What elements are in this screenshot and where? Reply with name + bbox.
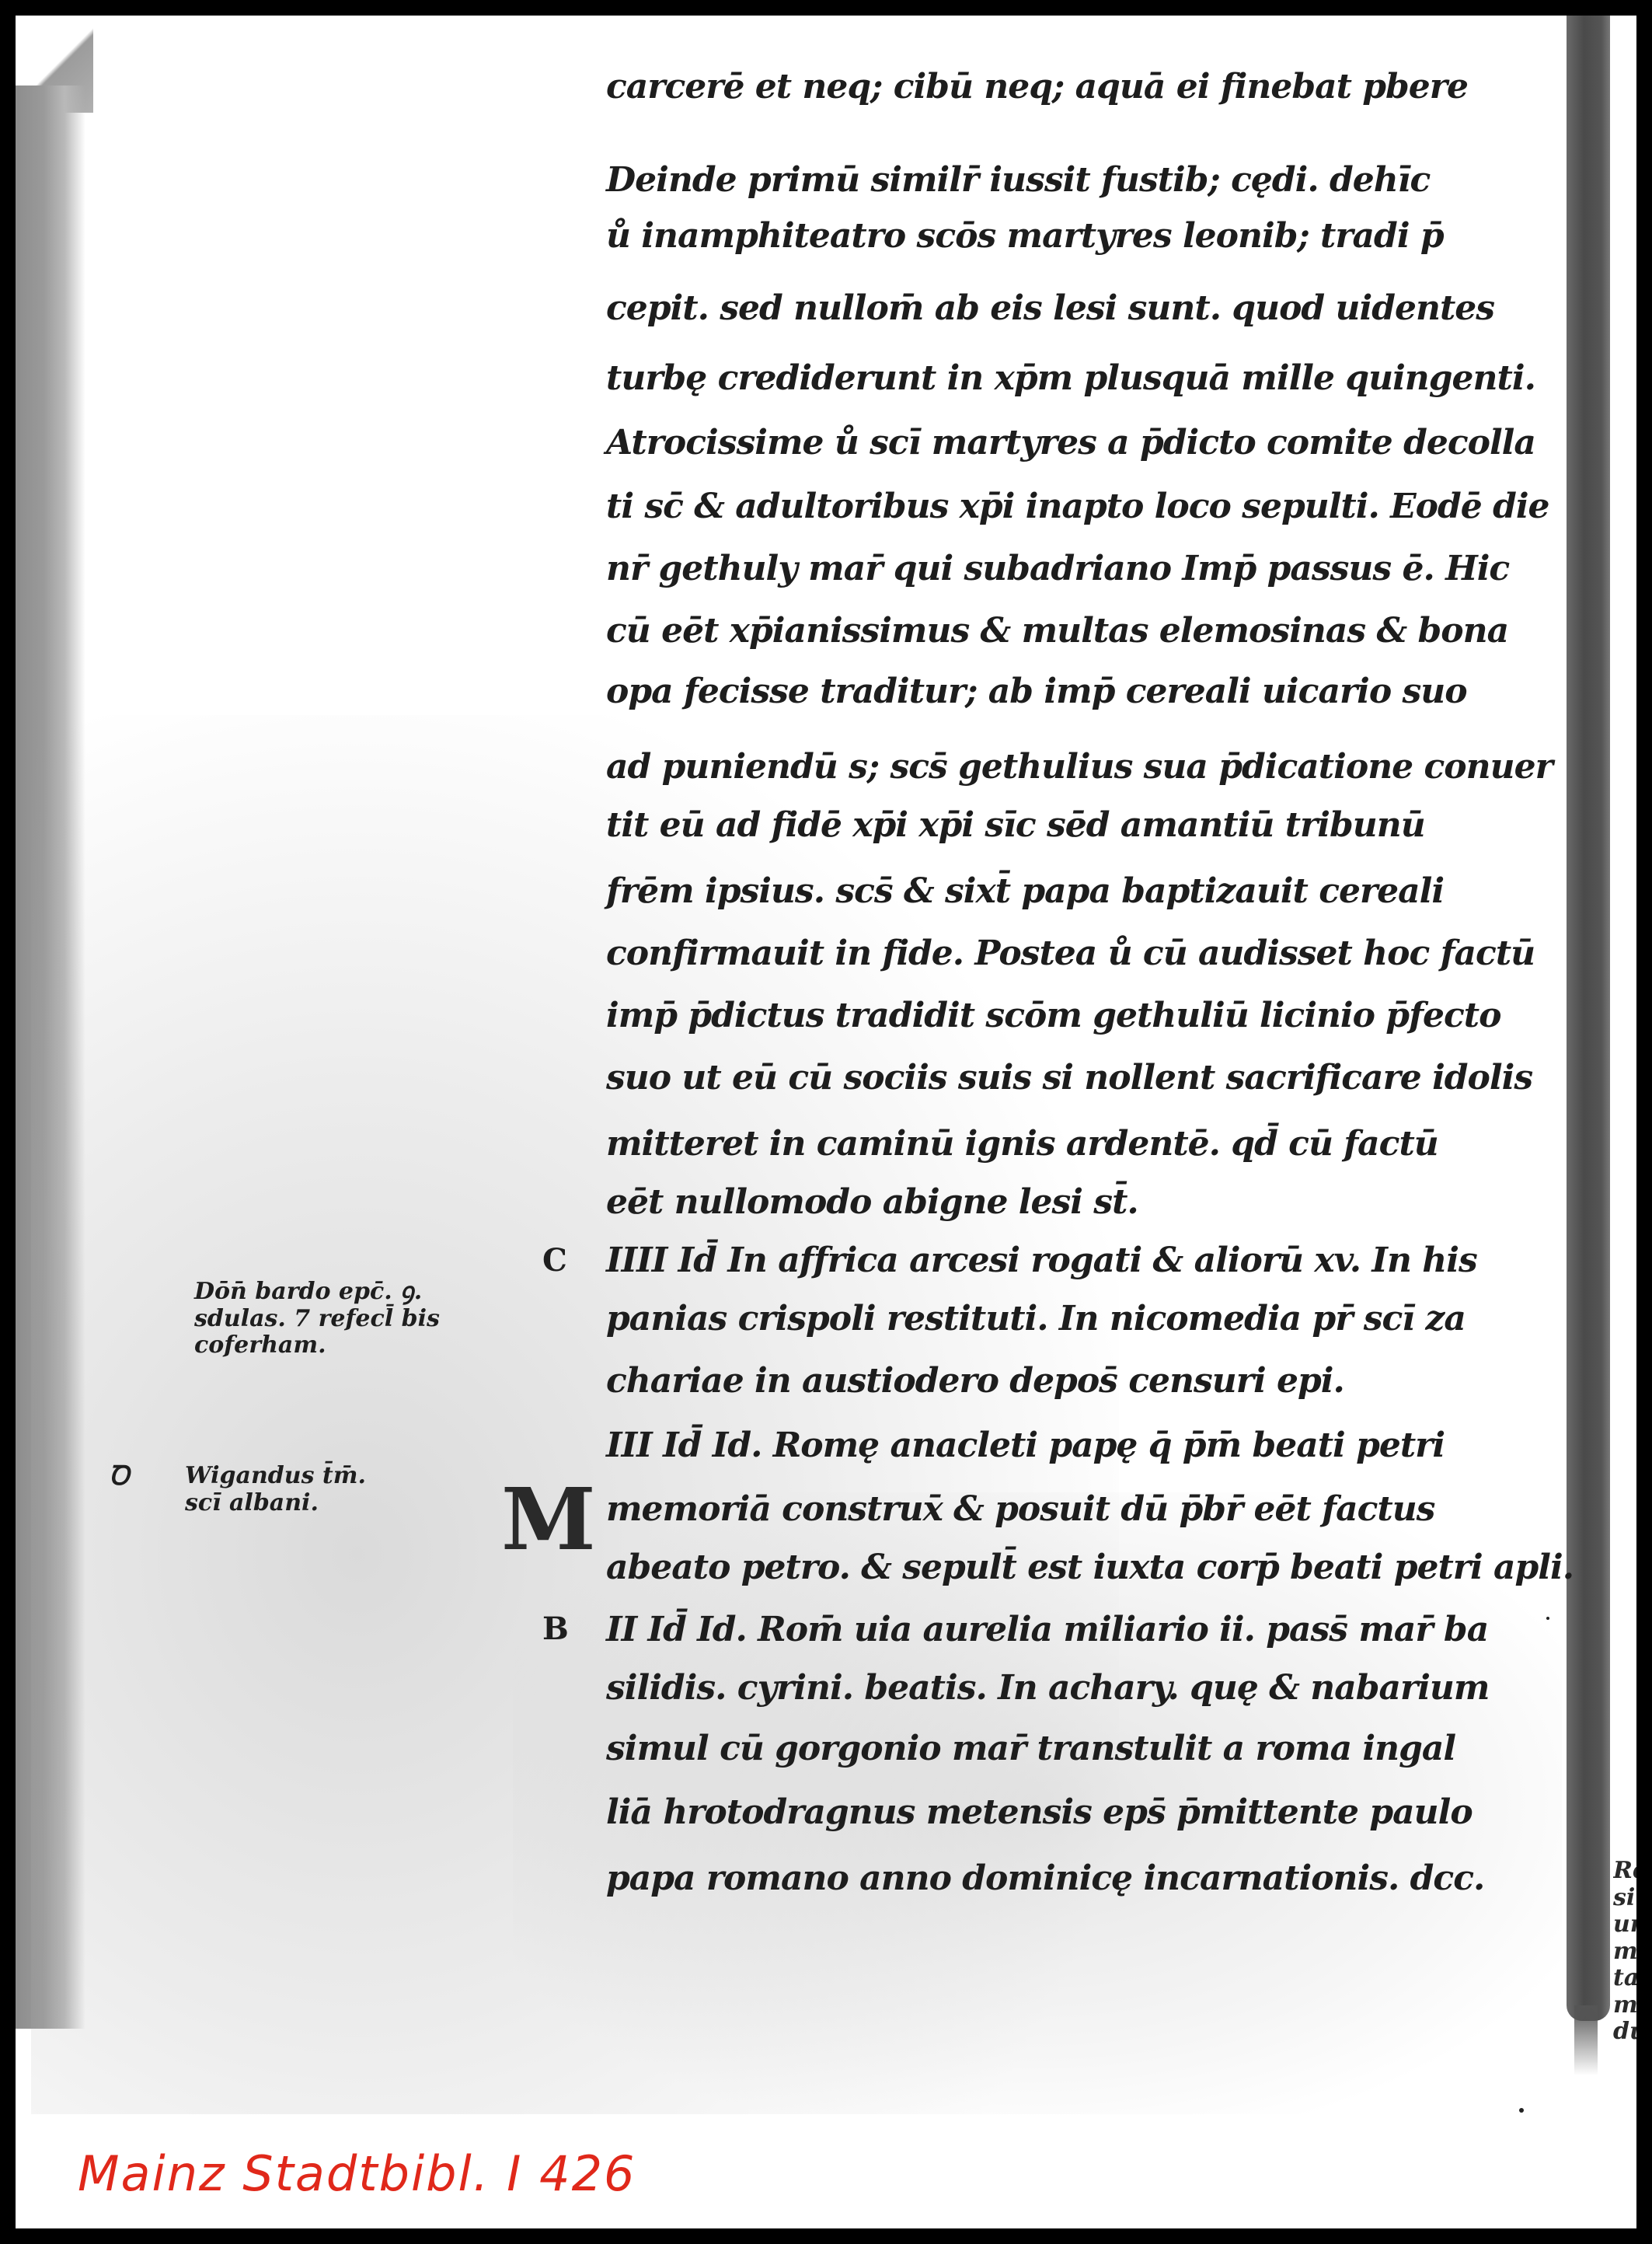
text-line: eēt nullomodo abigne lesi st̄.: [606, 1185, 1138, 1220]
text-line: imp̄ p̄dictus tradidit scōm gethuliū lic…: [606, 999, 1500, 1033]
text-line: frēm ipsius. scs̄ & sixt̄ papa baptizaui…: [606, 874, 1444, 909]
text-line: Deinde primū similr̄ iussit fustib; cędi…: [606, 163, 1430, 197]
marker-c: C: [542, 1242, 567, 1279]
text-line: ti sc̄ & adultoribus xp̄i inapto loco se…: [606, 490, 1549, 524]
text-line: nr̄ gethuly mar̄ qui subadriano Imp̄ pas…: [606, 552, 1509, 586]
ink-dot: [1519, 2108, 1524, 2113]
text-line: IIII Id̄ In affrica arcesi rogati & alio…: [606, 1244, 1477, 1278]
text-line: ů inamphiteatro scōs martyres leonib; tr…: [606, 219, 1444, 253]
initial-letter-m: M: [501, 1477, 596, 1562]
text-line: turbę crediderunt in xp̄m plusquā mille …: [606, 361, 1535, 396]
facing-page-fragment: Re si un ma ta ma du: [1613, 1858, 1636, 2046]
text-line: mitteret in caminū ignis ardentē. qd̄ cū…: [606, 1127, 1438, 1161]
shelfmark-annotation: Mainz Stadtbibl. I 426: [78, 2145, 636, 2202]
text-line: liā hrotodragnus metensis eps̄ p̄mittent…: [606, 1796, 1473, 1830]
text-line: cepit. sed nullom̄ ab eis lesi sunt. quo…: [606, 291, 1494, 326]
text-line: carcerē et neq; cibū neq; aquā ei fineba…: [606, 70, 1468, 104]
text-line: Atrocissime ů scī martyres a p̄dicto com…: [606, 426, 1535, 460]
binding-gutter: [1567, 16, 1610, 2021]
ink-dot: [1546, 1617, 1549, 1620]
text-line: memoriā construx̄ & posuit dū p̄br̄ eēt …: [606, 1492, 1434, 1527]
text-line: cū eēt xp̄ianissimus & multas elemosinas…: [606, 614, 1508, 648]
manuscript-page: carcerē et neq; cibū neq; aquā ei fineba…: [16, 16, 1636, 2228]
text-line: II Id̄ Id. Rom̄ uia aurelia miliario ii.…: [606, 1613, 1488, 1647]
text-line: ad puniendū s; scs̄ gethulius sua p̄dica…: [606, 750, 1553, 784]
margin-note-wigand: Wigandus t̄m̄. scī albani.: [185, 1463, 366, 1516]
text-line: panias crispoli restituti. In nicomedia …: [606, 1302, 1466, 1336]
text-line: opa fecisse traditur; ab imp̄ cereali ui…: [606, 675, 1467, 709]
text-line: chariae in austiodero depos̄ censuri epi…: [606, 1364, 1344, 1398]
text-line: suo ut eū cū sociis suis si nollent sacr…: [606, 1061, 1532, 1095]
margin-mark: Ꝺ: [109, 1461, 129, 1492]
text-line: papa romano anno dominicę incarnationis.…: [606, 1862, 1484, 1896]
text-line: simul cū gorgonio mar̄ transtulit a roma…: [606, 1732, 1455, 1766]
text-line: tit eū ad fidē xp̄i xp̄i sīc sēd amantiū…: [606, 808, 1425, 843]
marker-b: B: [542, 1611, 569, 1647]
text-line: silidis. cyrini. beatis. In achary. quę …: [606, 1671, 1489, 1705]
binding-gutter-tail: [1574, 2005, 1598, 2075]
text-line: confirmauit in fide. Postea ů cū audisse…: [606, 937, 1535, 971]
text-line: III Id̄ Id. Romę anacleti papę q̄ p̄m̄ b…: [606, 1429, 1445, 1463]
margin-note-bardo: Dōn̄ bardo epc̄. ꝯ. sdulas. 7 refecl̄ bi…: [194, 1279, 440, 1359]
text-line: abeato petro. & sepult̄ est iuxta corp̄ …: [606, 1551, 1574, 1585]
